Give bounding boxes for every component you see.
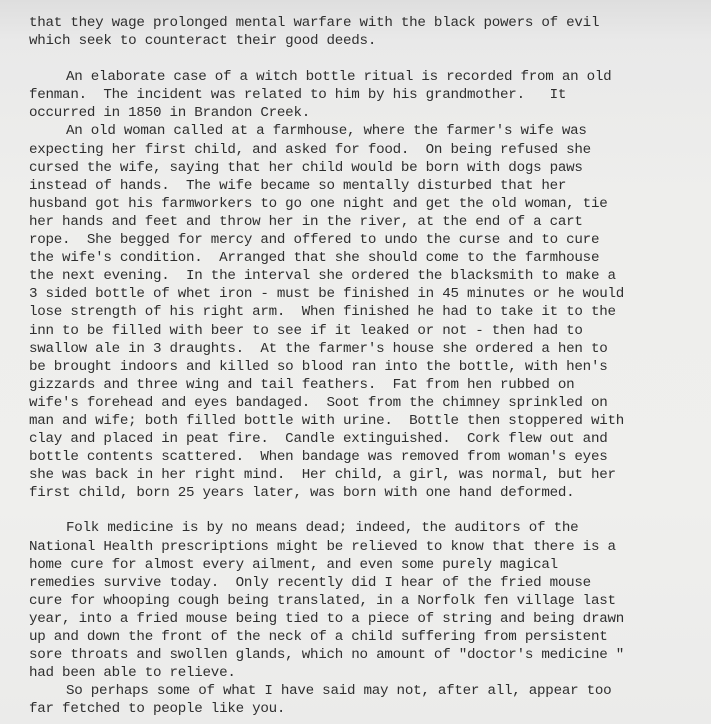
text-line: home cure for almost every ailment, and … — [29, 556, 709, 574]
text-line: Folk medicine is by no means dead; indee… — [29, 519, 709, 537]
paragraph-spacer — [29, 502, 709, 519]
text-line: her hands and feet and throw her in the … — [29, 213, 709, 231]
text-line: cursed the wife, saying that her child w… — [29, 159, 709, 177]
text-line: bottle contents scattered. When bandage … — [29, 448, 709, 466]
text-line: rope. She begged for mercy and offered t… — [29, 231, 709, 249]
text-line: instead of hands. The wife became so men… — [29, 177, 709, 195]
text-line: husband got his farmworkers to go one ni… — [29, 195, 709, 213]
text-line: first child, born 25 years later, was bo… — [29, 484, 709, 502]
text-line: be brought indoors and killed so blood r… — [29, 358, 709, 376]
text-line: swallow ale in 3 draughts. At the farmer… — [29, 340, 709, 358]
text-line: lose strength of his right arm. When fin… — [29, 303, 709, 321]
typewritten-page: that they wage prolonged mental warfare … — [29, 14, 709, 718]
text-line: had been able to relieve. — [29, 664, 709, 682]
text-line: sore throats and swollen glands, which n… — [29, 646, 709, 664]
text-line: clay and placed in peat fire. Candle ext… — [29, 430, 709, 448]
text-line: man and wife; both filled bottle with ur… — [29, 412, 709, 430]
text-line: far fetched to people like you. — [29, 700, 709, 718]
text-line: cure for whooping cough being translated… — [29, 592, 709, 610]
text-line: wife's forehead and eyes bandaged. Soot … — [29, 394, 709, 412]
text-line: inn to be filled with beer to see if it … — [29, 322, 709, 340]
text-line: expecting her first child, and asked for… — [29, 141, 709, 159]
text-line: up and down the front of the neck of a c… — [29, 628, 709, 646]
text-line: An old woman called at a farmhouse, wher… — [29, 122, 709, 140]
text-line: the wife's condition. Arranged that she … — [29, 249, 709, 267]
text-line: 3 sided bottle of whet iron - must be fi… — [29, 285, 709, 303]
text-line: she was back in her right mind. Her chil… — [29, 466, 709, 484]
text-line: the next evening. In the interval she or… — [29, 267, 709, 285]
text-line: An elaborate case of a witch bottle ritu… — [29, 68, 709, 86]
text-line: that they wage prolonged mental warfare … — [29, 14, 709, 32]
paragraph-witch-bottle-story: An old woman called at a farmhouse, wher… — [29, 122, 709, 502]
text-line: National Health prescriptions might be r… — [29, 538, 709, 556]
text-line: which seek to counteract their good deed… — [29, 32, 709, 50]
paragraph-folk-medicine: Folk medicine is by no means dead; indee… — [29, 519, 709, 682]
paragraph-intro-tail: that they wage prolonged mental warfare … — [29, 14, 709, 50]
paragraph-spacer — [29, 50, 709, 68]
text-line: gizzards and three wing and tail feather… — [29, 376, 709, 394]
paragraph-closing: So perhaps some of what I have said may … — [29, 682, 709, 718]
paragraph-witch-bottle-intro: An elaborate case of a witch bottle ritu… — [29, 68, 709, 122]
text-line: remedies survive today. Only recently di… — [29, 574, 709, 592]
text-line: year, into a fried mouse being tied to a… — [29, 610, 709, 628]
text-line: occurred in 1850 in Brandon Creek. — [29, 104, 709, 122]
text-line: fenman. The incident was related to him … — [29, 86, 709, 104]
text-line: So perhaps some of what I have said may … — [29, 682, 709, 700]
